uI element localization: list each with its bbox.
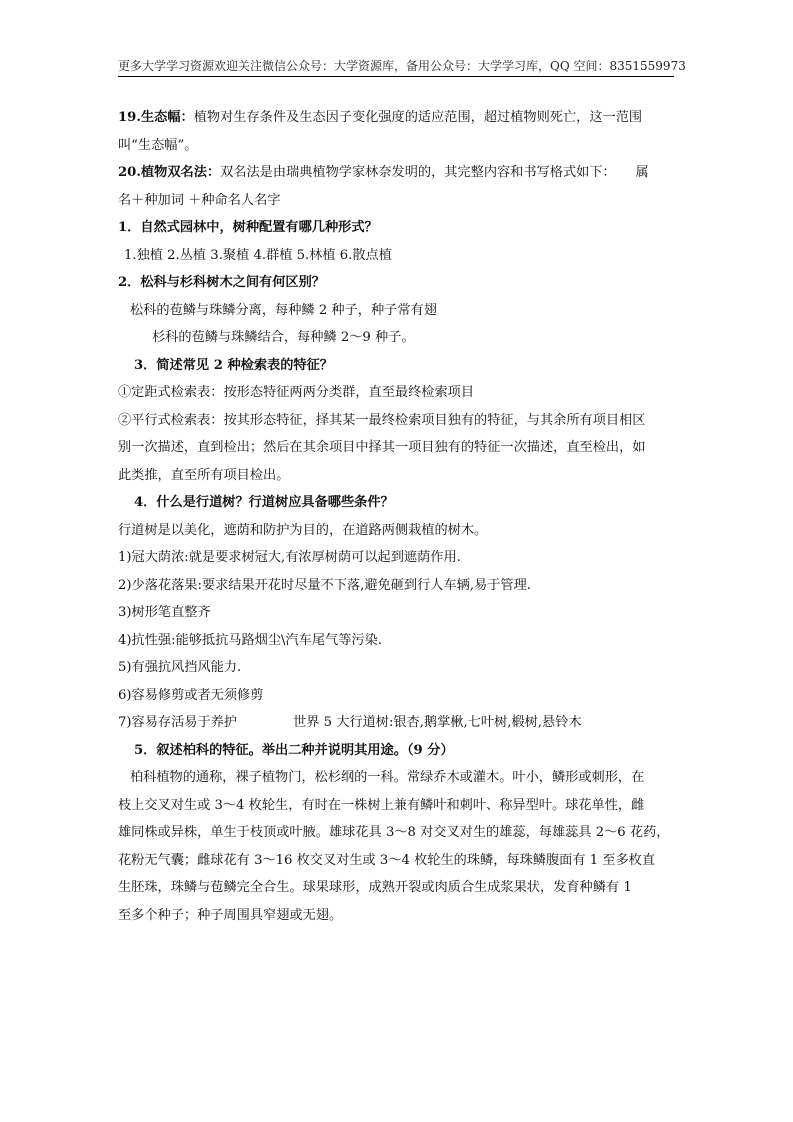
answer-line: 花粉无气囊；雌球花有 3～16 枚交叉对生或 3～4 枚轮生的珠鳞，每珠鳞腹面有… <box>118 847 678 875</box>
definition-text: 植物对生存条件及生态因子变化强度的适应范围，超过植物则死亡，这一范围 <box>194 110 642 125</box>
page-header: 更多大学学习资源欢迎关注微信公众号：大学资源库，备用公众号：大学学习库，QQ 空… <box>118 58 674 77</box>
question-5: 5．叙述柏科的特征。举出二种并说明其用途。（9 分） 柏科植物的通称，裸子植物门… <box>118 737 678 930</box>
answer-line: 柏科植物的通称，裸子植物门，松杉纲的一科。常绿乔木或灌木。叶小，鳞形或刺形，在 <box>118 764 678 792</box>
question-2: 2．松科与杉科树木之间有何区别？ 松科的苞鳞与珠鳞分离，每种鳞 2 种子，种子常… <box>118 269 678 352</box>
answer-line: 5)有强抗风挡风能力. <box>118 654 678 682</box>
definition-20: 20.植物双名法：双名法是由瑞典植物学家林奈发明的，其完整内容和书写格式如下： … <box>118 159 678 214</box>
answer-line: 7)容易存活易于养护 <box>118 715 237 730</box>
answer-line: 至多个种子；种子周围具窄翅或无翅。 <box>118 902 678 930</box>
answer-line: 枝上交叉对生或 3～4 枚轮生，有时在一株树上兼有鳞叶和刺叶、称异型叶。球花单性… <box>118 792 678 820</box>
definition-term: 19.生态幅： <box>118 110 194 125</box>
answer-line: 3)树形笔直整齐 <box>118 599 678 627</box>
answer-line: 1.独植 2.丛植 3.聚植 4.群植 5.林植 6.散点植 <box>118 242 678 270</box>
answer-line: ①定距式检索表：按形态特征两两分类群，直至最终检索项目 <box>118 379 678 407</box>
question-1: 1．自然式园林中，树种配置有哪几种形式？ 1.独植 2.丛植 3.聚植 4.群植… <box>118 214 678 269</box>
question-title: 3．简述常见 2 种检索表的特征？ <box>118 352 678 380</box>
question-3: 3．简述常见 2 种检索表的特征？ ①定距式检索表：按形态特征两两分类群，直至最… <box>118 352 678 490</box>
definition-text: 双名法是由瑞典植物学家林奈发明的，其完整内容和书写格式如下： 属 <box>220 165 649 180</box>
answer-line: 6)容易修剪或者无须修剪 <box>118 682 678 710</box>
question-title: 1．自然式园林中，树种配置有哪几种形式？ <box>118 214 678 242</box>
answer-line: 4)抗性强:能够抵抗马路烟尘\汽车尾气等污染. <box>118 627 678 655</box>
definition-text: 叫“生态幅”。 <box>118 132 678 160</box>
definition-19: 19.生态幅：植物对生存条件及生态因子变化强度的适应范围，超过植物则死亡，这一范… <box>118 104 678 159</box>
definition-term: 20.植物双名法： <box>118 165 220 180</box>
answer-line: 杉科的苞鳞与珠鳞结合，每种鳞 2～9 种子。 <box>118 324 678 352</box>
header-text: 更多大学学习资源欢迎关注微信公众号：大学资源库，备用公众号：大学学习库，QQ 空… <box>118 59 686 73</box>
answer-line: 松科的苞鳞与珠鳞分离，每种鳞 2 种子，种子常有翅 <box>118 297 678 325</box>
answer-line: 生胚珠，珠鳞与苞鳞完全合生。球果球形，成熟开裂或肉质合生成浆果状，发育种鳞有 1 <box>118 874 678 902</box>
answer-line: ②平行式检索表：按其形态特征，择其某一最终检索项目独有的特征，与其余所有项目相区 <box>118 407 678 435</box>
definition-text: 名＋种加词 ＋种命名人名字 <box>118 187 678 215</box>
world-street-trees-note: 世界 5 大行道树:银杏,鹅掌楸,七叶树,椴树,悬铃木 <box>293 715 582 730</box>
document-body: 19.生态幅：植物对生存条件及生态因子变化强度的适应范围，超过植物则死亡，这一范… <box>118 104 678 929</box>
answer-line: 2)少落花落果:要求结果开花时尽量不下落,避免砸到行人车辆,易于管理. <box>118 572 678 600</box>
question-title: 4．什么是行道树？行道树应具备哪些条件？ <box>118 489 678 517</box>
question-title: 2．松科与杉科树木之间有何区别？ <box>118 269 678 297</box>
answer-line: 别一次描述，直到检出；然后在其余项目中择其一项目独有的特征一次描述，直至检出，如 <box>118 434 678 462</box>
answer-line: 雄同株或异株，单生于枝顶或叶腋。雄球花具 3～8 对交叉对生的雄蕊，每雄蕊具 2… <box>118 819 678 847</box>
answer-line: 此类推，直至所有项目检出。 <box>118 462 678 490</box>
answer-line: 1)冠大荫浓:就是要求树冠大,有浓厚树荫可以起到遮荫作用. <box>118 544 678 572</box>
question-title: 5．叙述柏科的特征。举出二种并说明其用途。（9 分） <box>118 737 678 765</box>
question-4: 4．什么是行道树？行道树应具备哪些条件？ 行道树是以美化，遮荫和防护为目的，在道… <box>118 489 678 737</box>
answer-line: 行道树是以美化，遮荫和防护为目的，在道路两侧栽植的树木。 <box>118 517 678 545</box>
